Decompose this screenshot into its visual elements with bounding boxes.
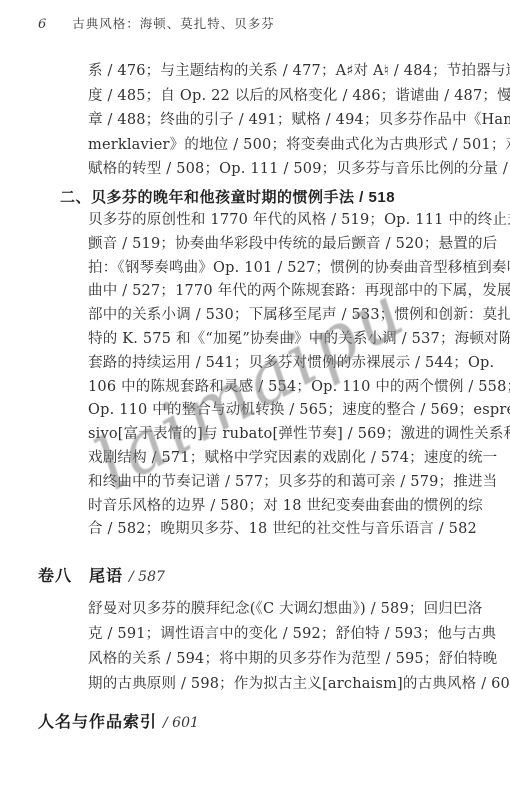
page-number: 6 <box>38 17 46 32</box>
index-heading: 人名与作品索引/ 601 <box>38 709 199 732</box>
index-heading-page: / 601 <box>163 715 199 731</box>
toc-paragraph-1: 系 / 476；与主题结构的关系 / 477；A♯对 A♮ / 484；节拍器与… <box>88 59 476 182</box>
book-page-scan: 6 古典风格：海顿、莫扎特、贝多芬 laimaipu 系 / 476；与主题结构… <box>0 0 510 811</box>
toc-line: merklavier》的地位 / 500；将变奏曲式化为古典形式 / 501；对 <box>88 133 476 158</box>
toc-line: 部中的关系小调 / 530；下属移至尾声 / 533；惯例和创新：莫扎 <box>88 304 476 328</box>
toc-line: 曲中 / 527；1770 年代的两个陈规套路：再现部中的下属，发展 <box>88 280 476 304</box>
toc-line: 期的古典原则 / 598；作为拟古主义[archaism]的古典风格 / 600 <box>88 672 476 697</box>
toc-line: sivo[富于表情的]与 rubato[弹性节奏] / 569；激进的调性关系和 <box>88 423 476 447</box>
toc-line: 合 / 582；晚期贝多芬、18 世纪的社交性与音乐语言 / 582 <box>88 518 476 542</box>
toc-line: 106 中的陈规套路和灵感 / 554；Op. 110 中的两个惯例 / 558… <box>88 376 476 400</box>
part-heading-title: 卷八 尾语 <box>38 568 123 585</box>
toc-line: 克 / 591；调性语言中的变化 / 592；舒伯特 / 593；他与古典 <box>88 622 476 647</box>
toc-line: 和终曲中的节奏记谱 / 577；贝多芬的和蔼可亲 / 579；推进当 <box>88 471 476 495</box>
toc-paragraph-3: 舒曼对贝多芬的膜拜纪念(《C 大调幻想曲》) / 589；回归巴洛 克 / 59… <box>88 597 476 697</box>
toc-line: 舒曼对贝多芬的膜拜纪念(《C 大调幻想曲》) / 589；回归巴洛 <box>88 597 476 622</box>
toc-line: 贝多芬的原创性和 1770 年代的风格 / 519；Op. 111 中的终止式 <box>88 209 476 233</box>
toc-line: 戏剧结构 / 571；赋格中学究因素的戏剧化 / 574；速度的统一 <box>88 447 476 471</box>
toc-line: 度 / 485；自 Op. 22 以后的风格变化 / 486；谐谑曲 / 487… <box>88 84 476 109</box>
running-header: 6 古典风格：海顿、莫扎特、贝多芬 <box>38 14 472 32</box>
toc-line: Op. 110 中的整合与动机转换 / 565；速度的整合 / 569；espr… <box>88 399 476 423</box>
index-heading-title: 人名与作品索引 <box>38 714 157 731</box>
toc-paragraph-2: 贝多芬的原创性和 1770 年代的风格 / 519；Op. 111 中的终止式 … <box>88 209 476 542</box>
part-heading-volume8: 卷八 尾语/ 587 <box>38 563 165 586</box>
toc-line: 套路的持续运用 / 541；贝多芬对惯例的赤裸展示 / 544；Op. <box>88 352 476 376</box>
part-heading-page: / 587 <box>129 569 165 585</box>
toc-line: 章 / 488；终曲的引子 / 491；赋格 / 494；贝多芬作品中《Ham- <box>88 108 476 133</box>
toc-line: 风格的关系 / 594；将中期的贝多芬作为范型 / 595；舒伯特晚 <box>88 647 476 672</box>
toc-line: 时音乐风格的边界 / 580；对 18 世纪变奏曲套曲的惯例的综 <box>88 495 476 519</box>
toc-line: 特的 K. 575 和《“加冕”协奏曲》中的关系小调 / 537；海顿对陈规 <box>88 328 476 352</box>
toc-line: 拍：《钢琴奏鸣曲》Op. 101 / 527；惯例的协奏曲音型移植到奏鸣 <box>88 257 476 281</box>
toc-line: 赋格的转型 / 508；Op. 111 / 509；贝多芬与音乐比例的分量 / … <box>88 157 476 182</box>
toc-line: 系 / 476；与主题结构的关系 / 477；A♯对 A♮ / 484；节拍器与… <box>88 59 476 84</box>
toc-line: 颤音 / 519；协奏曲华彩段中传统的最后颤音 / 520；悬置的后 <box>88 233 476 257</box>
book-title: 古典风格：海顿、莫扎特、贝多芬 <box>72 14 275 32</box>
subsection-heading: 二、贝多芬的晚年和他孩童时期的惯例手法 / 518 <box>60 186 395 207</box>
